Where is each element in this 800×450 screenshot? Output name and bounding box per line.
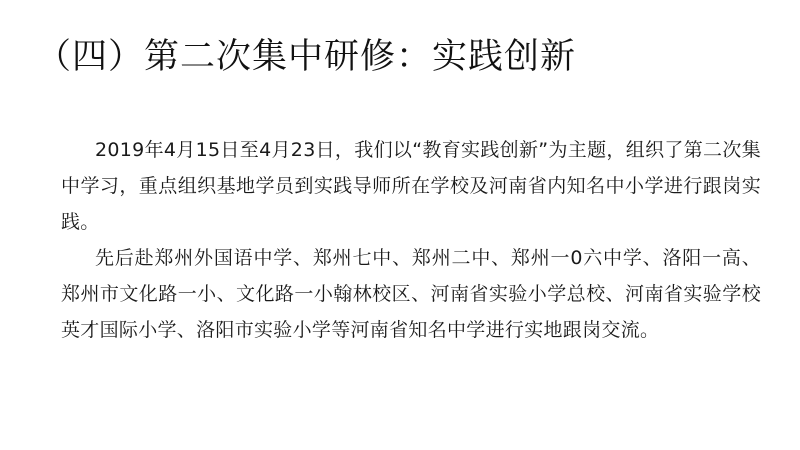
- paragraph-schools-visited: 先后赴郑州外国语中学、郑州七中、郑州二中、郑州一0六中学、洛阳一高、郑州市文化路…: [61, 240, 761, 348]
- paragraph-schedule: 2019年4月15日至4月23日，我们以“教育实践创新”为主题，组织了第二次集中…: [61, 132, 761, 240]
- slide-title: （四）第二次集中研修：实践创新: [36, 34, 576, 80]
- slide-body: 2019年4月15日至4月23日，我们以“教育实践创新”为主题，组织了第二次集中…: [61, 132, 761, 348]
- slide: （四）第二次集中研修：实践创新 2019年4月15日至4月23日，我们以“教育实…: [0, 0, 800, 450]
